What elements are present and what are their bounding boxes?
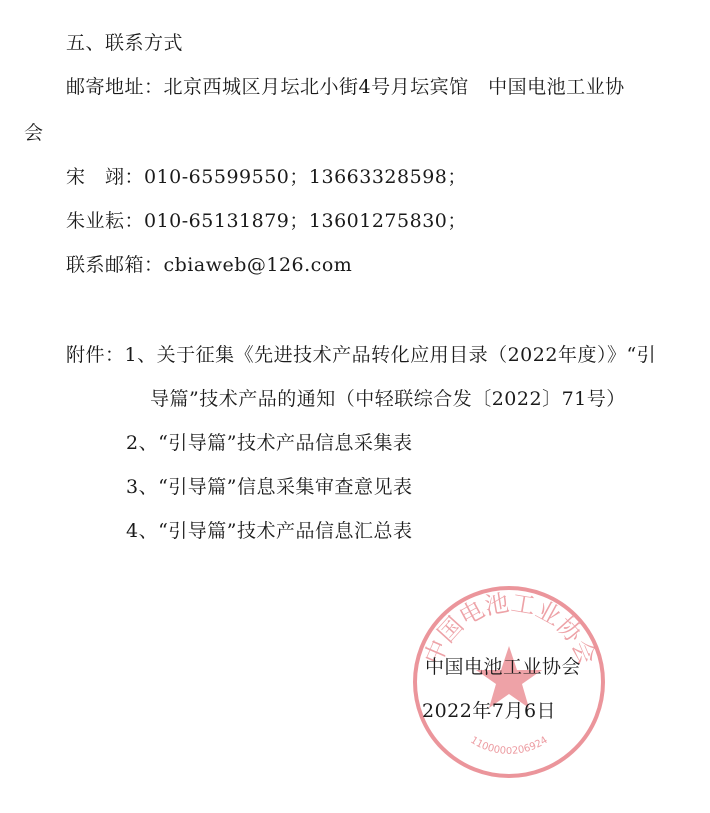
mailing-address-continued: 会 (24, 118, 44, 145)
svg-text:1100000206924: 1100000206924 (468, 735, 549, 757)
signature-org: 中国电池工业协会 (425, 652, 581, 679)
contact-email: 联系邮箱：cbiaweb@126.com (66, 250, 352, 277)
section-heading: 五、联系方式 (66, 28, 183, 55)
attachment-3: 3、“引导篇”信息采集审查意见表 (126, 472, 413, 499)
attachment-2: 2、“引导篇”技术产品信息采集表 (126, 428, 413, 455)
mailing-address: 邮寄地址：北京西城区月坛北小街4号月坛宾馆 中国电池工业协 (66, 72, 625, 99)
signature-date: 2022年7月6日 (422, 696, 556, 723)
attachment-1-line1: 附件：1、关于征集《先进技术产品转化应用目录（2022年度）》“引 (66, 340, 656, 367)
contact-zhu: 朱业耘：010-65131879；13601275830； (66, 206, 467, 233)
contact-song: 宋 翊：010-65599550；13663328598； (66, 162, 467, 189)
attachment-4: 4、“引导篇”技术产品信息汇总表 (126, 516, 413, 543)
attachment-1-line2: 导篇”技术产品的通知（中轻联综合发〔2022〕71号） (150, 384, 626, 411)
official-seal-stamp: 中国电池工业协会 1100000206924 (411, 584, 607, 780)
